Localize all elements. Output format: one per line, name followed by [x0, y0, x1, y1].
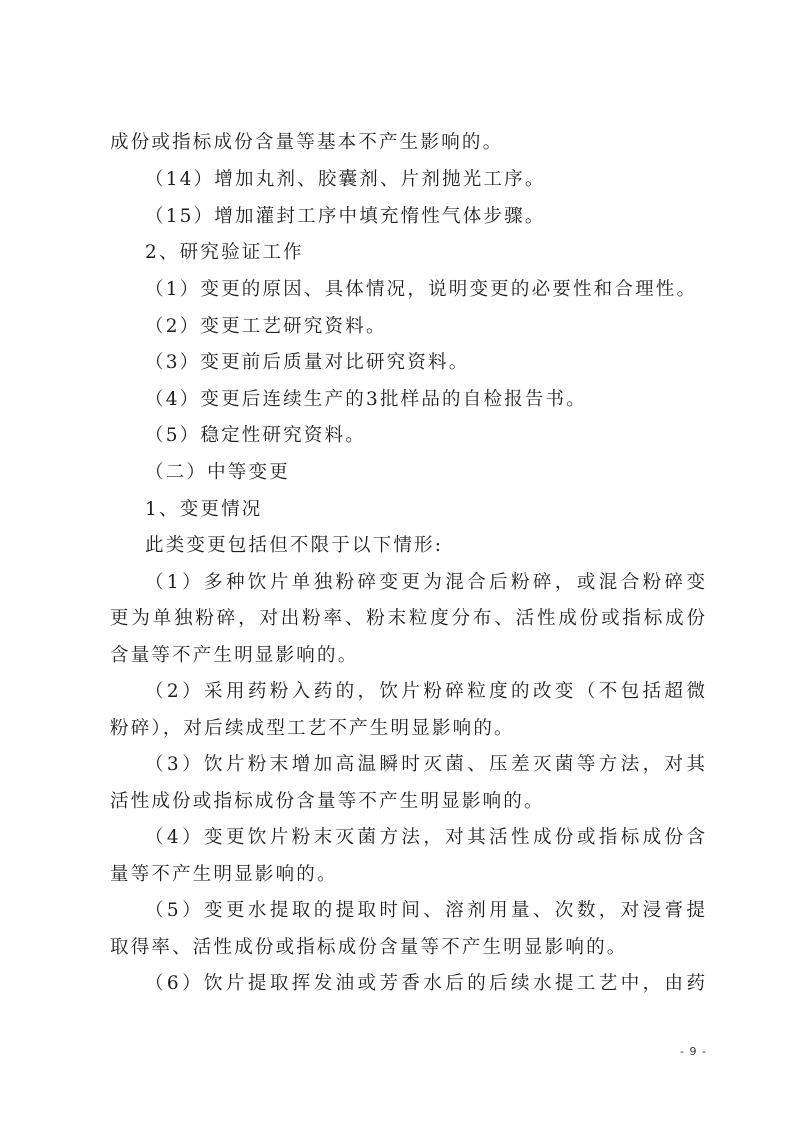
text-line: 2、研究验证工作	[145, 241, 745, 265]
text-line: （二）中等变更	[145, 461, 745, 485]
text-line: （3）饮片粉末增加高温瞬时灭菌、压差灭菌等方法，对其	[145, 753, 705, 777]
text-line: （4）变更后连续生产的3批样品的自检报告书。	[145, 388, 745, 412]
text-line: （15）增加灌封工序中填充惰性气体步骤。	[145, 205, 745, 229]
text-line: 活性成份或指标成份含量等不产生明显影响的。	[110, 790, 710, 814]
text-line: 更为单独粉碎，对出粉率、粉末粒度分布、活性成份或指标成份	[110, 607, 705, 631]
text-line: （3）变更前后质量对比研究资料。	[145, 351, 745, 375]
text-line: 粉碎），对后续成型工艺不产生明显影响的。	[110, 717, 710, 741]
text-line: 含量等不产生明显影响的。	[110, 644, 710, 668]
text-line: 成份或指标成份含量等基本不产生影响的。	[110, 131, 710, 155]
text-line: （5）稳定性研究资料。	[145, 424, 745, 448]
text-line: 量等不产生明显影响的。	[110, 863, 710, 887]
text-line: 此类变更包括但不限于以下情形:	[145, 534, 745, 558]
text-line: （4）变更饮片粉末灭菌方法，对其活性成份或指标成份含	[145, 826, 705, 850]
text-line: （1）变更的原因、具体情况，说明变更的必要性和合理性。	[145, 278, 745, 302]
text-line: （14）增加丸剂、胶囊剂、片剂抛光工序。	[145, 168, 745, 192]
text-line: （6）饮片提取挥发油或芳香水后的后续水提工艺中，由药	[145, 972, 705, 996]
text-line: （1）多种饮片单独粉碎变更为混合后粉碎，或混合粉碎变	[145, 571, 705, 595]
text-line: 取得率、活性成份或指标成份含量等不产生明显影响的。	[110, 936, 710, 960]
text-line: （5）变更水提取的提取时间、溶剂用量、次数，对浸膏提	[145, 899, 705, 923]
page-number: - 9 -	[680, 1045, 707, 1058]
text-line: （2）变更工艺研究资料。	[145, 315, 745, 339]
text-line: （2）采用药粉入药的，饮片粉碎粒度的改变（不包括超微	[145, 680, 705, 704]
document-page: 成份或指标成份含量等基本不产生影响的。（14）增加丸剂、胶囊剂、片剂抛光工序。（…	[0, 0, 800, 1131]
text-line: 1、变更情况	[145, 498, 745, 522]
